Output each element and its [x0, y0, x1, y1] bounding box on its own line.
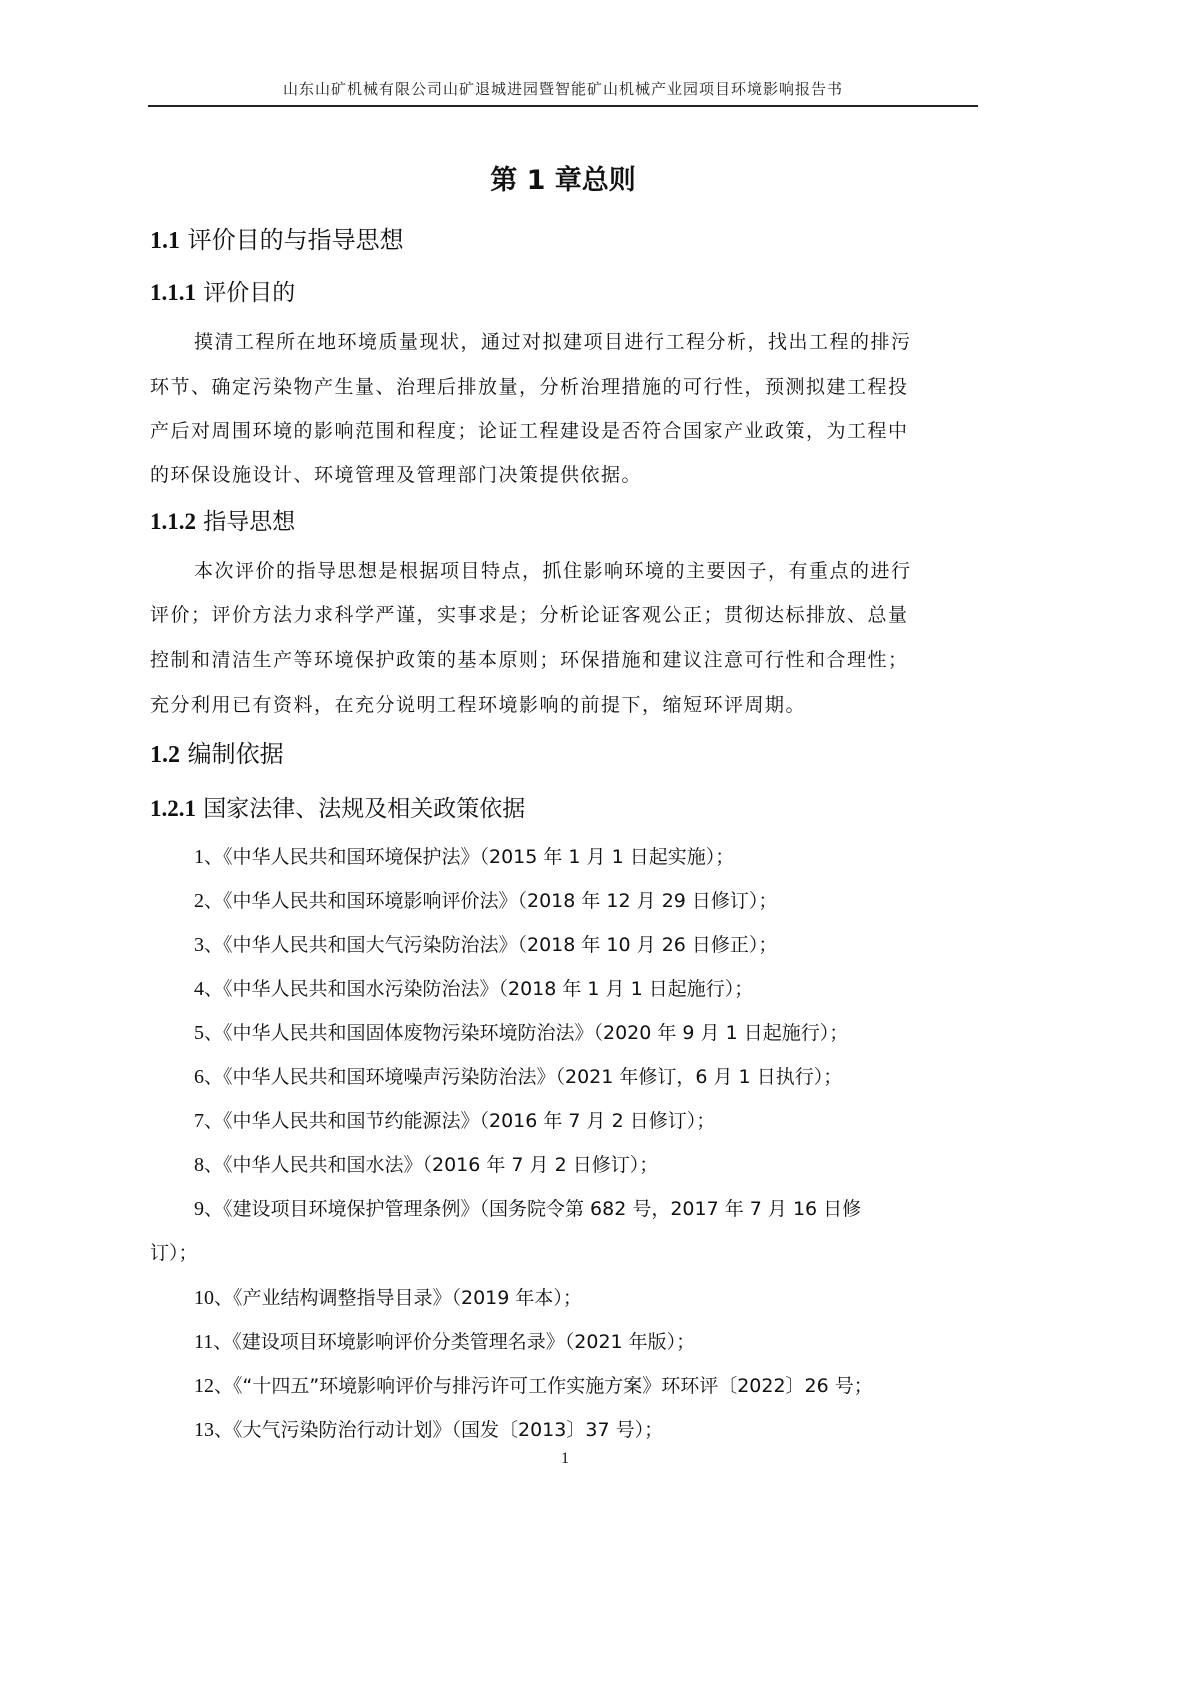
- chapter-title: 第 1 章总则: [148, 158, 978, 197]
- law-list-item: 9、《建设项目环境保护管理条例》（国务院令第 682 号，2017 年 7 月 …: [194, 1194, 861, 1221]
- running-header: 山东山矿机械有限公司山矿退城进园暨智能矿山机械产业园项目环境影响报告书: [148, 78, 978, 99]
- section-number: 1.2: [150, 742, 180, 768]
- paragraph-line: 本次评价的指导思想是根据项目特点，抓住影响环境的主要因子，有重点的进行: [194, 556, 1022, 583]
- paragraph-line: 产后对周围环境的影响范围和程度；论证工程建设是否符合国家产业政策，为工程中: [150, 416, 978, 443]
- section-heading-1-2-1: 1.2.1 国家法律、法规及相关政策依据: [150, 790, 525, 823]
- section-title: 指导思想: [196, 509, 295, 535]
- section-heading-1-1-2: 1.1.2 指导思想: [150, 503, 295, 536]
- law-list-item: 3、《中华人民共和国大气污染防治法》（2018 年 10 月 26 日修正）；: [194, 930, 777, 957]
- section-number: 1.1.1: [150, 280, 196, 305]
- law-list-item: 6、《中华人民共和国环境噪声污染防治法》（2021 年修订，6 月 1 日执行）…: [194, 1062, 842, 1089]
- section-title: 评价目的: [196, 280, 295, 306]
- paragraph-line: 控制和清洁生产等环境保护政策的基本原则；环保措施和建议注意可行性和合理性；: [150, 645, 978, 672]
- law-list-item: 1、《中华人民共和国环境保护法》（2015 年 1 月 1 日起实施）；: [194, 842, 734, 869]
- section-number: 1.1: [150, 228, 180, 254]
- law-list-item-continuation: 订）；: [150, 1238, 198, 1265]
- header-divider: [148, 105, 978, 107]
- paragraph-line: 评价；评价方法力求科学严谨，实事求是；分析论证客观公正；贯彻达标排放、总量: [150, 600, 978, 627]
- section-heading-1-2: 1.2 编制依据: [150, 734, 284, 769]
- section-title: 评价目的与指导思想: [180, 226, 404, 254]
- law-list-item: 8、《中华人民共和国水法》（2016 年 7 月 2 日修订）；: [194, 1150, 658, 1177]
- law-list-item: 2、《中华人民共和国环境影响评价法》（2018 年 12 月 29 日修订）；: [194, 886, 777, 913]
- paragraph-line: 充分利用已有资料，在充分说明工程环境影响的前提下，缩短环评周期。: [150, 690, 978, 717]
- law-list-item: 10、《产业结构调整指导目录》（2019 年本）；: [194, 1283, 582, 1310]
- section-title: 编制依据: [180, 740, 284, 768]
- paragraph-line: 环节、确定污染物产生量、治理后排放量，分析治理措施的可行性，预测拟建工程投: [150, 372, 978, 399]
- page-number: 1: [0, 1450, 1130, 1468]
- law-list-item: 13、《大气污染防治行动计划》（国发〔2013〕37 号）；: [194, 1415, 663, 1442]
- section-number: 1.1.2: [150, 509, 196, 534]
- section-heading-1-1-1: 1.1.1 评价目的: [150, 274, 295, 307]
- law-list-item: 7、《中华人民共和国节约能源法》（2016 年 7 月 2 日修订）；: [194, 1106, 715, 1133]
- law-list-item: 5、《中华人民共和国固体废物污染环境防治法》（2020 年 9 月 1 日起施行…: [194, 1018, 848, 1045]
- section-title: 国家法律、法规及相关政策依据: [196, 796, 525, 822]
- section-number: 1.2.1: [150, 796, 196, 821]
- document-page: 山东山矿机械有限公司山矿退城进园暨智能矿山机械产业园项目环境影响报告书 第 1 …: [0, 0, 1190, 1683]
- law-list-item: 4、《中华人民共和国水污染防治法》（2018 年 1 月 1 日起施行）；: [194, 974, 753, 1001]
- section-heading-1-1: 1.1 评价目的与指导思想: [150, 220, 404, 255]
- law-list-item: 11、《建设项目环境影响评价分类管理名录》（2021 年版）；: [194, 1327, 695, 1354]
- law-list-item: 12、《“十四五”环境影响评价与排污许可工作实施方案》环环评〔2022〕26 号…: [194, 1371, 873, 1398]
- paragraph-line: 摸清工程所在地环境质量现状，通过对拟建项目进行工程分析，找出工程的排污: [194, 327, 1022, 354]
- paragraph-line: 的环保设施设计、环境管理及管理部门决策提供依据。: [150, 460, 978, 487]
